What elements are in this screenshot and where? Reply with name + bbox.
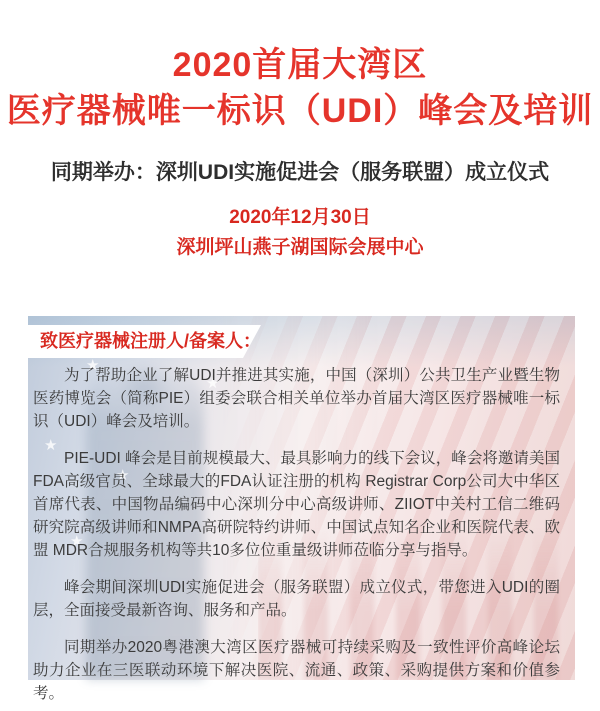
event-date: 2020年12月30日 [0,206,600,230]
notice-paragraph-2: PIE-UDI 峰会是目前规模最大、最具影响力的线下会议，峰会将邀请美国 FDA… [33,447,560,562]
notice-heading-ribbon: 致医疗器械注册人/备案人： [28,325,261,358]
event-title-line1: 2020首届大湾区 [0,42,600,88]
poster-header: 2020首届大湾区 医疗器械唯一标识（UDI）峰会及培训 同期举办：深圳UDI实… [0,0,600,260]
notice-paragraph-1: 为了帮助企业了解UDI并推进其实施，中国（深圳）公共卫生产业暨生物医药博览会（简… [33,364,560,433]
event-poster: 2020首届大湾区 医疗器械唯一标识（UDI）峰会及培训 同期举办：深圳UDI实… [0,0,600,711]
event-title-line2: 医疗器械唯一标识（UDI）峰会及培训 [0,88,600,134]
notice-body: 为了帮助企业了解UDI并推进其实施，中国（深圳）公共卫生产业暨生物医药博览会（简… [28,316,575,705]
co-held-subtitle: 同期举办：深圳UDI实施促进会（服务联盟）成立仪式 [0,158,600,188]
notice-paragraph-3: 峰会期间深圳UDI实施促进会（服务联盟）成立仪式，带您进入UDI的圈层，全面接受… [33,576,560,622]
notice-paragraph-4: 同期举办2020粤港澳大湾区医疗器械可持续采购及一致性评价高峰论坛助力企业在三医… [33,636,560,705]
notice-panel: ★ ★ ★ ★ ★ ★ ★ 致医疗器械注册人/备案人： 为了帮助企业了解UDI并… [28,316,575,680]
event-venue: 深圳坪山燕子湖国际会展中心 [0,236,600,260]
notice-heading: 致医疗器械注册人/备案人： [28,325,261,358]
